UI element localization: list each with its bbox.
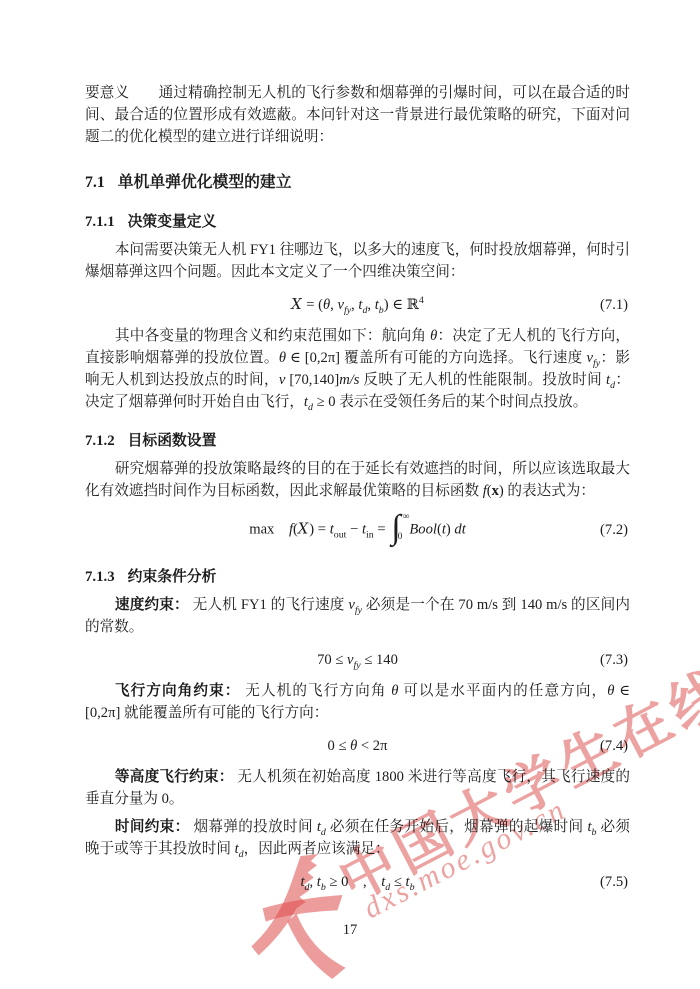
equation-number: (7.5) xyxy=(600,869,628,895)
section-heading-7-1-2: 7.1.2目标函数设置 xyxy=(85,430,630,452)
equation-body: td, tb ≥ 0 , td ≤ tb xyxy=(300,869,414,895)
page-number: 17 xyxy=(0,922,700,939)
section-number: 7.1.1 xyxy=(85,214,115,230)
document-page: { "page": { "number": "17" }, "watermark… xyxy=(0,0,700,989)
paragraph-heading-angle-constraint: 飞行方向角约束： 无人机的飞行方向角 θ 可以是水平面内的任意方向，θ ∈ [0… xyxy=(85,680,630,724)
paragraph-intro: 要意义 通过精确控制无人机的飞行参数和烟幕弹的引爆时间，可以在最合适的时间、最合… xyxy=(85,82,630,148)
paragraph-variable-meanings: 其中各变量的物理含义和约束范围如下：航向角 θ：决定了无人机的飞行方向，直接影响… xyxy=(85,325,630,413)
equation-body: 0 ≤ θ < 2π xyxy=(328,733,388,759)
equation-number: (7.3) xyxy=(600,647,628,673)
equation-7-1: X = (θ, vfy, td, tb) ∈ ℝ4 (7.1) xyxy=(85,292,630,318)
equation-7-2: max f(X) = tout − tin = ∫∞0Bool(t) dt (7… xyxy=(85,511,630,549)
section-heading-7-1: 7.1单机单弹优化模型的建立 xyxy=(85,172,630,194)
paragraph-altitude-constraint: 等高度飞行约束： 无人机须在初始高度 1800 米进行等高度飞行，其飞行速度的垂… xyxy=(85,766,630,810)
equation-7-5: td, tb ≥ 0 , td ≤ tb (7.5) xyxy=(85,869,630,895)
section-title: 约束条件分析 xyxy=(128,569,217,585)
section-number: 7.1 xyxy=(85,174,105,191)
section-number: 7.1.2 xyxy=(85,433,115,449)
section-title: 目标函数设置 xyxy=(128,433,217,449)
paragraph-time-constraint: 时间约束： 烟幕弹的投放时间 td 必须在任务开始后，烟幕弹的起爆时间 tb 必… xyxy=(85,816,630,860)
paragraph-objective: 研究烟幕弹的投放策略最终的目的在于延长有效遮挡的时间，所以应该选取最大化有效遮挡… xyxy=(85,458,630,502)
paragraph-speed-constraint: 速度约束： 无人机 FY1 的飞行速度 vfy 必须是一个在 70 m/s 到 … xyxy=(85,594,630,638)
equation-body: max f(X) = tout − tin = ∫∞0Bool(t) dt xyxy=(249,511,466,549)
section-title: 单机单弹优化模型的建立 xyxy=(118,174,292,191)
equation-body: X = (θ, vfy, td, tb) ∈ ℝ4 xyxy=(291,292,424,318)
equation-7-3: 70 ≤ vfy ≤ 140 (7.3) xyxy=(85,647,630,673)
equation-7-4: 0 ≤ θ < 2π (7.4) xyxy=(85,733,630,759)
section-number: 7.1.3 xyxy=(85,569,115,585)
section-heading-7-1-1: 7.1.1决策变量定义 xyxy=(85,211,630,233)
equation-number: (7.1) xyxy=(600,292,628,318)
equation-body: 70 ≤ vfy ≤ 140 xyxy=(317,647,398,673)
equation-number: (7.2) xyxy=(600,517,628,543)
equation-number: (7.4) xyxy=(600,733,628,759)
paragraph-decision-variables: 本问需要决策无人机 FY1 往哪边飞，以多大的速度飞，何时投放烟幕弹，何时引爆烟… xyxy=(85,239,630,283)
document-body: 要意义 通过精确控制无人机的飞行参数和烟幕弹的引爆时间，可以在最合适的时间、最合… xyxy=(85,82,630,902)
section-heading-7-1-3: 7.1.3约束条件分析 xyxy=(85,566,630,588)
section-title: 决策变量定义 xyxy=(128,214,217,230)
